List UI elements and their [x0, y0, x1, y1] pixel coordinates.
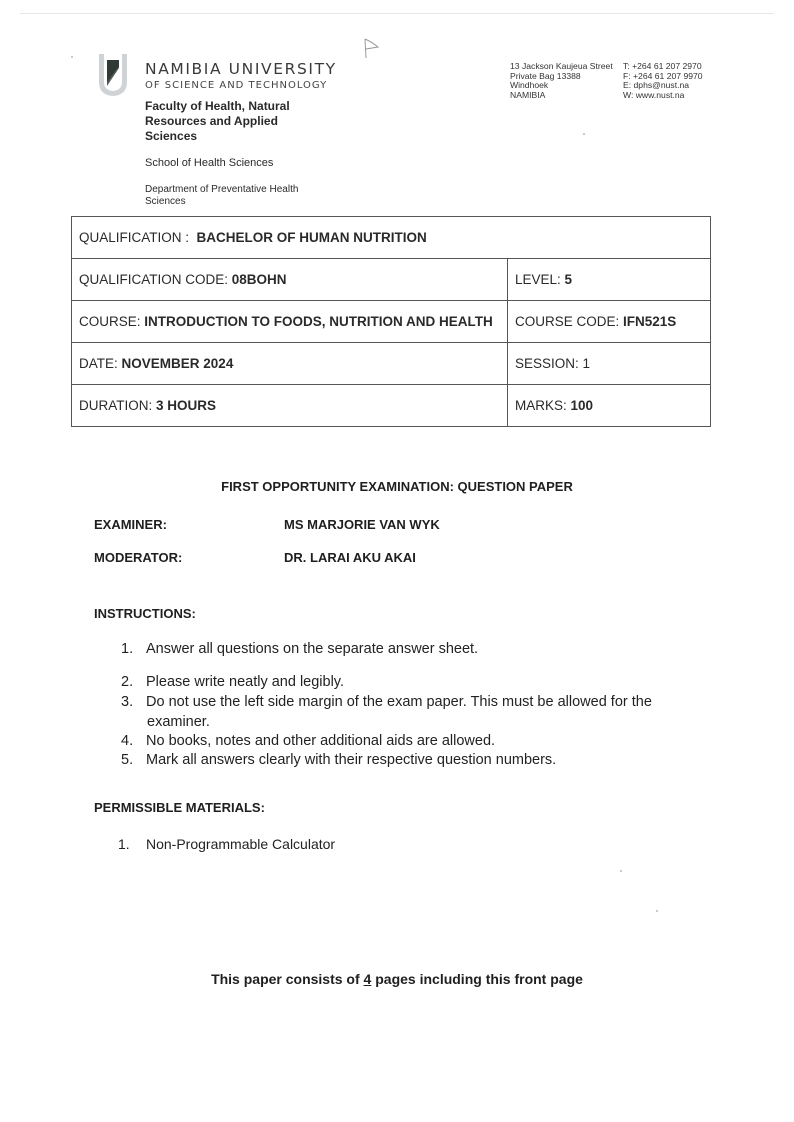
- address-line: NAMIBIA: [510, 91, 613, 101]
- item-text: Answer all questions on the separate ans…: [146, 641, 478, 657]
- university-subtitle: OF SCIENCE AND TECHNOLOGY: [145, 80, 327, 91]
- course-value: INTRODUCTION TO FOODS, NUTRITION AND HEA…: [144, 314, 492, 329]
- qualification-code-value: 08BOHN: [232, 272, 287, 287]
- moderator-value: DR. LARAI AKU AKAI: [284, 550, 416, 565]
- course-cell: COURSE: INTRODUCTION TO FOODS, NUTRITION…: [72, 301, 508, 343]
- scan-edge-line: [20, 13, 774, 14]
- permissible-item: 1.Non-Programmable Calculator: [118, 836, 335, 852]
- item-number: 2.: [121, 674, 146, 690]
- item-text: No books, notes and other additional aid…: [146, 733, 495, 749]
- permissible-heading: PERMISSIBLE MATERIALS:: [94, 800, 265, 815]
- qualification-value: BACHELOR OF HUMAN NUTRITION: [197, 230, 427, 245]
- scan-speck: [71, 56, 73, 58]
- session-label: SESSION:: [515, 356, 579, 371]
- contact-block: T: +264 61 207 2970 F: +264 61 207 9970 …: [623, 62, 703, 100]
- table-row: DATE: NOVEMBER 2024 SESSION: 1: [72, 343, 711, 385]
- course-label: COURSE:: [79, 314, 141, 329]
- course-code-cell: COURSE CODE: IFN521S: [508, 301, 711, 343]
- marks-cell: MARKS: 100: [508, 385, 711, 427]
- footer-text: This paper consists of: [211, 971, 363, 987]
- exam-title: FIRST OPPORTUNITY EXAMINATION: QUESTION …: [0, 479, 794, 494]
- exam-info-table: QUALIFICATION : BACHELOR OF HUMAN NUTRIT…: [71, 216, 711, 427]
- examiner-value: MS MARJORIE VAN WYK: [284, 517, 440, 532]
- session-value: 1: [583, 356, 591, 371]
- duration-value: 3 HOURS: [156, 398, 216, 413]
- instruction-item-continuation: examiner.: [147, 714, 210, 730]
- qualification-code-cell: QUALIFICATION CODE: 08BOHN: [72, 259, 508, 301]
- item-text: Mark all answers clearly with their resp…: [146, 752, 556, 768]
- scan-speck: [583, 133, 585, 135]
- item-number: 1.: [118, 836, 146, 852]
- date-label: DATE:: [79, 356, 118, 371]
- department-name: Department of Preventative Health Scienc…: [145, 184, 305, 208]
- instruction-item: 2.Please write neatly and legibly.: [121, 674, 344, 690]
- examiner-label: EXAMINER:: [94, 517, 167, 532]
- moderator-label: MODERATOR:: [94, 550, 182, 565]
- instructions-heading: INSTRUCTIONS:: [94, 606, 196, 621]
- item-number: 1.: [121, 641, 146, 657]
- level-value: 5: [565, 272, 573, 287]
- table-row: DURATION: 3 HOURS MARKS: 100: [72, 385, 711, 427]
- instruction-item: 5.Mark all answers clearly with their re…: [121, 752, 556, 768]
- website: W: www.nust.na: [623, 91, 703, 101]
- page-count-note: This paper consists of 4 pages including…: [0, 971, 794, 987]
- table-row: COURSE: INTRODUCTION TO FOODS, NUTRITION…: [72, 301, 711, 343]
- instruction-item: 4.No books, notes and other additional a…: [121, 733, 495, 749]
- flag-mark-icon: [362, 36, 382, 60]
- university-name: NAMIBIA UNIVERSITY: [145, 60, 337, 78]
- item-text: Please write neatly and legibly.: [146, 674, 344, 690]
- level-label: LEVEL:: [515, 272, 561, 287]
- school-name: School of Health Sciences: [145, 157, 273, 169]
- date-value: NOVEMBER 2024: [122, 356, 234, 371]
- item-text: Non-Programmable Calculator: [146, 836, 335, 852]
- faculty-name: Faculty of Health, Natural Resources and…: [145, 99, 305, 144]
- item-number: 4.: [121, 733, 146, 749]
- duration-cell: DURATION: 3 HOURS: [72, 385, 508, 427]
- qualification-cell: QUALIFICATION : BACHELOR OF HUMAN NUTRIT…: [72, 217, 711, 259]
- session-cell: SESSION: 1: [508, 343, 711, 385]
- marks-label: MARKS:: [515, 398, 567, 413]
- scan-speck: [620, 870, 622, 872]
- marks-value: 100: [571, 398, 594, 413]
- footer-text: pages including this front page: [371, 971, 583, 987]
- instruction-item: 1.Answer all questions on the separate a…: [121, 641, 478, 657]
- qualification-code-label: QUALIFICATION CODE:: [79, 272, 228, 287]
- nust-shield-logo-icon: [96, 52, 130, 98]
- date-cell: DATE: NOVEMBER 2024: [72, 343, 508, 385]
- scan-speck: [656, 910, 658, 912]
- instruction-item: 3.Do not use the left side margin of the…: [121, 694, 652, 710]
- duration-label: DURATION:: [79, 398, 152, 413]
- item-number: 3.: [121, 694, 146, 710]
- level-cell: LEVEL: 5: [508, 259, 711, 301]
- item-number: 5.: [121, 752, 146, 768]
- course-code-label: COURSE CODE:: [515, 314, 619, 329]
- table-row: QUALIFICATION CODE: 08BOHN LEVEL: 5: [72, 259, 711, 301]
- item-text: Do not use the left side margin of the e…: [146, 694, 652, 710]
- table-row: QUALIFICATION : BACHELOR OF HUMAN NUTRIT…: [72, 217, 711, 259]
- qualification-label: QUALIFICATION :: [79, 230, 189, 245]
- course-code-value: IFN521S: [623, 314, 676, 329]
- address-block: 13 Jackson Kaujeua Street Private Bag 13…: [510, 62, 613, 100]
